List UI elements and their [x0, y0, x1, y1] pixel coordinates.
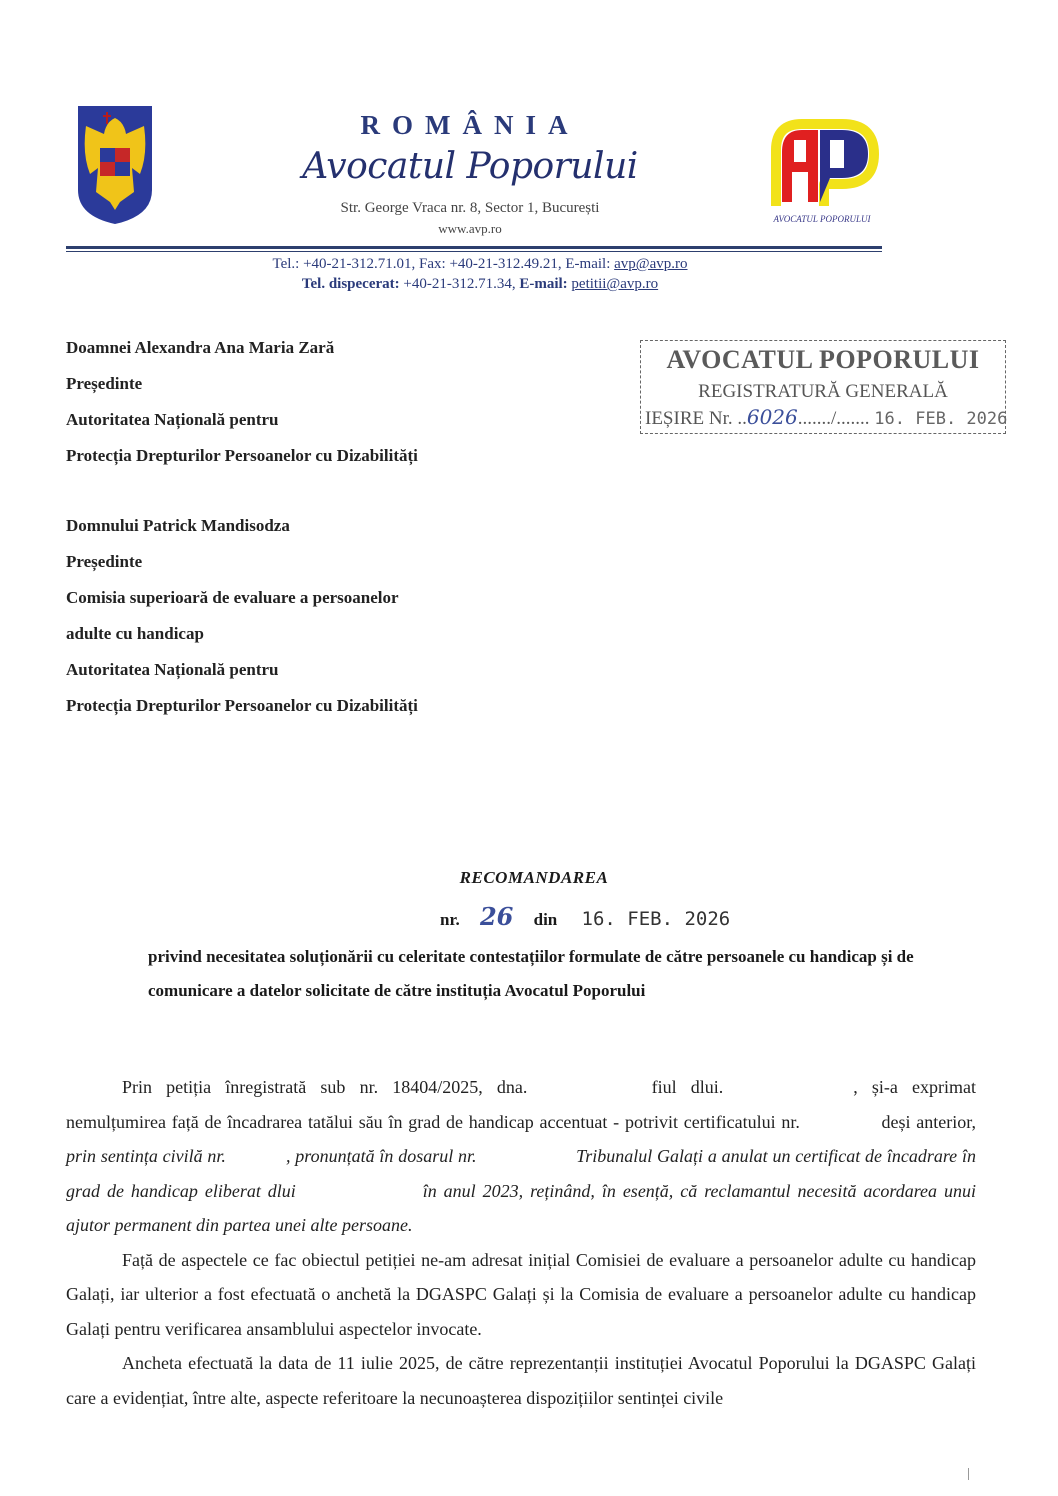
- p1-text: fiul dlui.: [652, 1077, 724, 1097]
- stamp-number: 6026: [747, 405, 798, 429]
- stamp-exit-line: IEȘIRE Nr. ..6026......./....... 16. FEB…: [645, 405, 1005, 430]
- addressee-title: Președinte: [66, 551, 418, 587]
- ap-logo-icon: AVOCATUL POPORULUI: [762, 110, 882, 230]
- addressee-name: Domnului Patrick Mandisodza: [66, 515, 418, 551]
- contact-line-2: Tel. dispecerat: +40-21-312.71.34, E-mai…: [200, 276, 760, 293]
- recommendation-subject: privind necesitatea soluționării cu cele…: [148, 940, 968, 1008]
- institution-address: Str. George Vraca nr. 8, Sector 1, Bucur…: [290, 200, 650, 217]
- nr-label: nr.: [440, 910, 460, 929]
- email-label: E-mail:: [519, 276, 567, 292]
- website-link[interactable]: www.avp.ro: [290, 221, 650, 237]
- recommendation-title: RECOMANDAREA: [0, 868, 1058, 888]
- scan-artifact: [968, 1468, 969, 1480]
- header-divider-thin: [66, 251, 882, 252]
- p1-italic-text: prin sentința civilă nr.: [66, 1146, 226, 1166]
- p1-italic-text: , pronunțată în dosarul nr.: [286, 1146, 477, 1166]
- stamp-title: AVOCATUL POPORULUI: [641, 345, 1005, 375]
- addressee-name: Doamnei Alexandra Ana Maria Zară: [66, 337, 418, 373]
- paragraph-3: Ancheta efectuată la data de 11 iulie 20…: [66, 1346, 976, 1415]
- svg-text:AVOCATUL POPORULUI: AVOCATUL POPORULUI: [772, 214, 871, 224]
- paragraph-1: Prin petiția înregistrată sub nr. 18404/…: [66, 1070, 976, 1243]
- addressee-org-line: Protecția Drepturilor Persoanelor cu Diz…: [66, 695, 418, 731]
- header-divider: [66, 246, 882, 249]
- letter-body: Prin petiția înregistrată sub nr. 18404/…: [66, 1070, 976, 1415]
- contact-line-1: Tel.: +40-21-312.71.01, Fax: +40-21-312.…: [200, 256, 760, 273]
- dispatch-label: Tel. dispecerat:: [302, 276, 400, 292]
- recommendation-date: 16. FEB. 2026: [582, 908, 731, 930]
- recommendation-number-line: nr. 26 din 16. FEB. 2026: [440, 902, 840, 931]
- recommendation-number: 26: [480, 902, 513, 931]
- romania-coat-of-arms: [76, 104, 154, 226]
- stamp-date: 16. FEB. 2026: [874, 409, 1007, 429]
- institution-name: Avocatul Poporului: [290, 146, 650, 187]
- email-link-petitii[interactable]: petitii@avp.ro: [571, 276, 658, 292]
- email-link-avp[interactable]: avp@avp.ro: [614, 256, 687, 272]
- addressee-1: Doamnei Alexandra Ana Maria Zară Președi…: [66, 337, 418, 481]
- addressee-2: Domnului Patrick Mandisodza Președinte C…: [66, 515, 418, 731]
- addressee-org-line: Comisia superioară de evaluare a persoan…: [66, 587, 418, 623]
- ap-logo: AVOCATUL POPORULUI: [762, 110, 882, 230]
- coat-of-arms-icon: [76, 104, 154, 226]
- dispatch-phone: +40-21-312.71.34,: [400, 276, 520, 292]
- din-label: din: [534, 910, 558, 929]
- registry-stamp: AVOCATUL POPORULUI REGISTRATURĂ GENERALĂ…: [640, 340, 1006, 434]
- addressee-org-line: Autoritatea Națională pentru: [66, 409, 418, 445]
- stamp-subtitle: REGISTRATURĂ GENERALĂ: [641, 381, 1005, 403]
- country-heading: ROMÂNIA: [300, 110, 640, 141]
- paragraph-2: Față de aspectele ce fac obiectul petiți…: [66, 1243, 976, 1347]
- addressee-org-line: adulte cu handicap: [66, 623, 418, 659]
- p1-text: Prin petiția înregistrată sub nr. 18404/…: [122, 1077, 527, 1097]
- addressee-org-line: Autoritatea Națională pentru: [66, 659, 418, 695]
- contact-phones: Tel.: +40-21-312.71.01, Fax: +40-21-312.…: [272, 256, 614, 272]
- p1-text: deși anterior,: [882, 1112, 977, 1132]
- stamp-exit-label: IEȘIRE Nr.: [645, 408, 733, 429]
- addressee-title: Președinte: [66, 373, 418, 409]
- addressee-org-line: Protecția Drepturilor Persoanelor cu Diz…: [66, 445, 418, 481]
